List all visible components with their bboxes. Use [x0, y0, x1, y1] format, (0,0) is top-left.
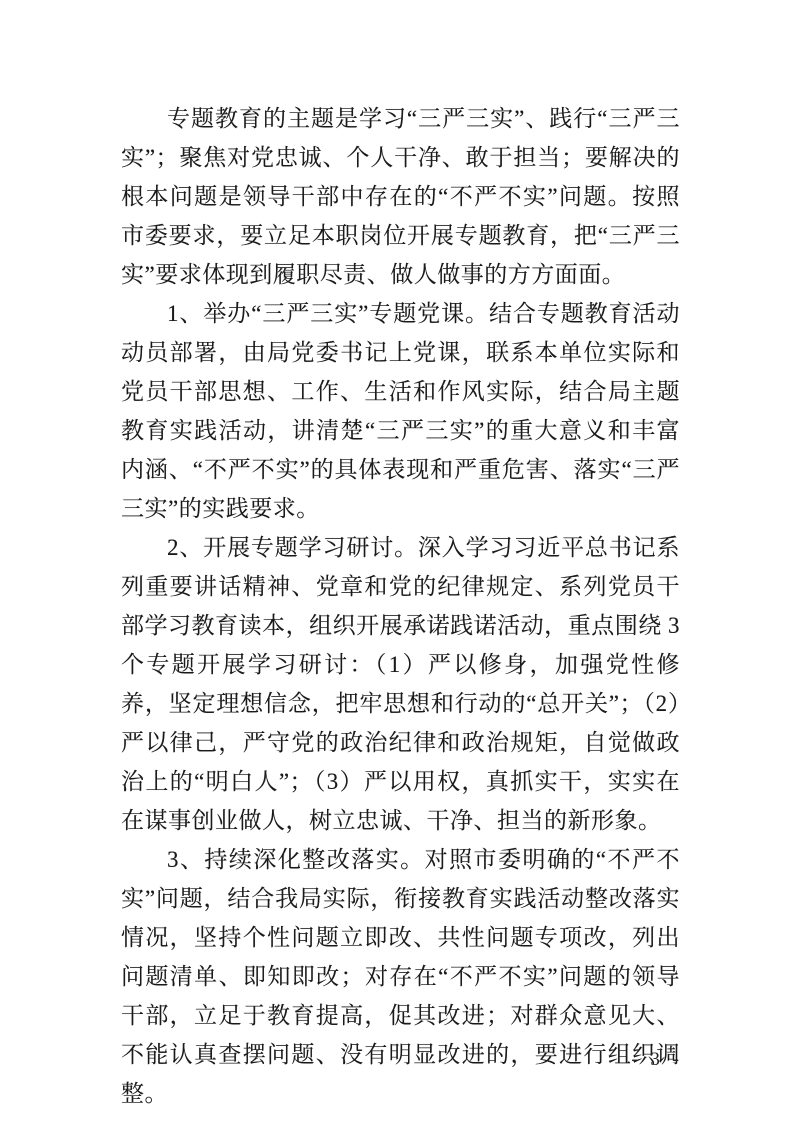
page-number: - 3 - [631, 1047, 683, 1073]
paragraph-3-rectification: 3、持续深化整改落实。对照市委明确的“不严不实”问题，结合我局实际，衔接教育实践… [121, 840, 680, 1113]
document-page: 专题教育的主题是学习“三严三实”、践行“三严三实”；聚焦对党忠诚、个人干净、敢于… [0, 0, 800, 1131]
paragraph-theme-overview: 专题教育的主题是学习“三严三实”、践行“三严三实”；聚焦对党忠诚、个人干净、敢于… [121, 99, 680, 294]
paragraph-2-study-discussion: 2、开展专题学习研讨。深入学习习近平总书记系列重要讲话精神、党章和党的纪律规定、… [121, 528, 680, 840]
text-block: 专题教育的主题是学习“三严三实”、践行“三严三实”；聚焦对党忠诚、个人干净、敢于… [121, 99, 680, 1113]
paragraph-1-party-lecture: 1、举办“三严三实”专题党课。结合专题教育活动动员部署，由局党委书记上党课，联系… [121, 294, 680, 528]
